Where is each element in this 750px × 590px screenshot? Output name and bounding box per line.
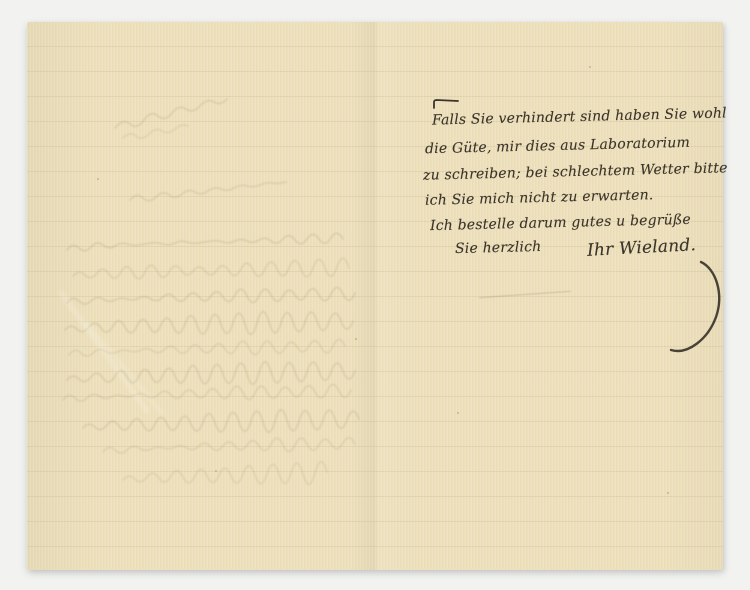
paper-speck	[457, 412, 459, 414]
paper-speck	[589, 66, 591, 68]
paper-speck	[215, 470, 217, 472]
signature-flourish	[657, 258, 729, 363]
paper-scratch	[479, 291, 571, 298]
handwriting-line-2: die Güte, mir dies aus Laboratorium	[425, 135, 690, 157]
handwriting-line-1: Falls Sie verhindert sind haben Sie wohl	[432, 105, 727, 128]
paper-speck	[667, 492, 669, 494]
closing-line: Sie herzlich	[455, 239, 542, 257]
paper-speck	[97, 178, 99, 180]
handwriting-line-3: zu schreiben; bei schlechtem Wetter bitt…	[423, 160, 728, 183]
handwriting-line-4: ich Sie mich nicht zu erwarten.	[425, 187, 654, 209]
handwriting-line-5: Ich bestelle darum gutes u begrüße	[430, 212, 691, 234]
letter-scan-background: Falls Sie verhindert sind haben Sie wohl…	[0, 0, 750, 590]
letter-paper: Falls Sie verhindert sind haben Sie wohl…	[27, 22, 723, 570]
signature: Ihr Wieland.	[587, 235, 697, 261]
paper-speck	[355, 338, 357, 340]
bleed-through-text	[27, 22, 387, 502]
falls-overline-mark	[431, 98, 461, 110]
